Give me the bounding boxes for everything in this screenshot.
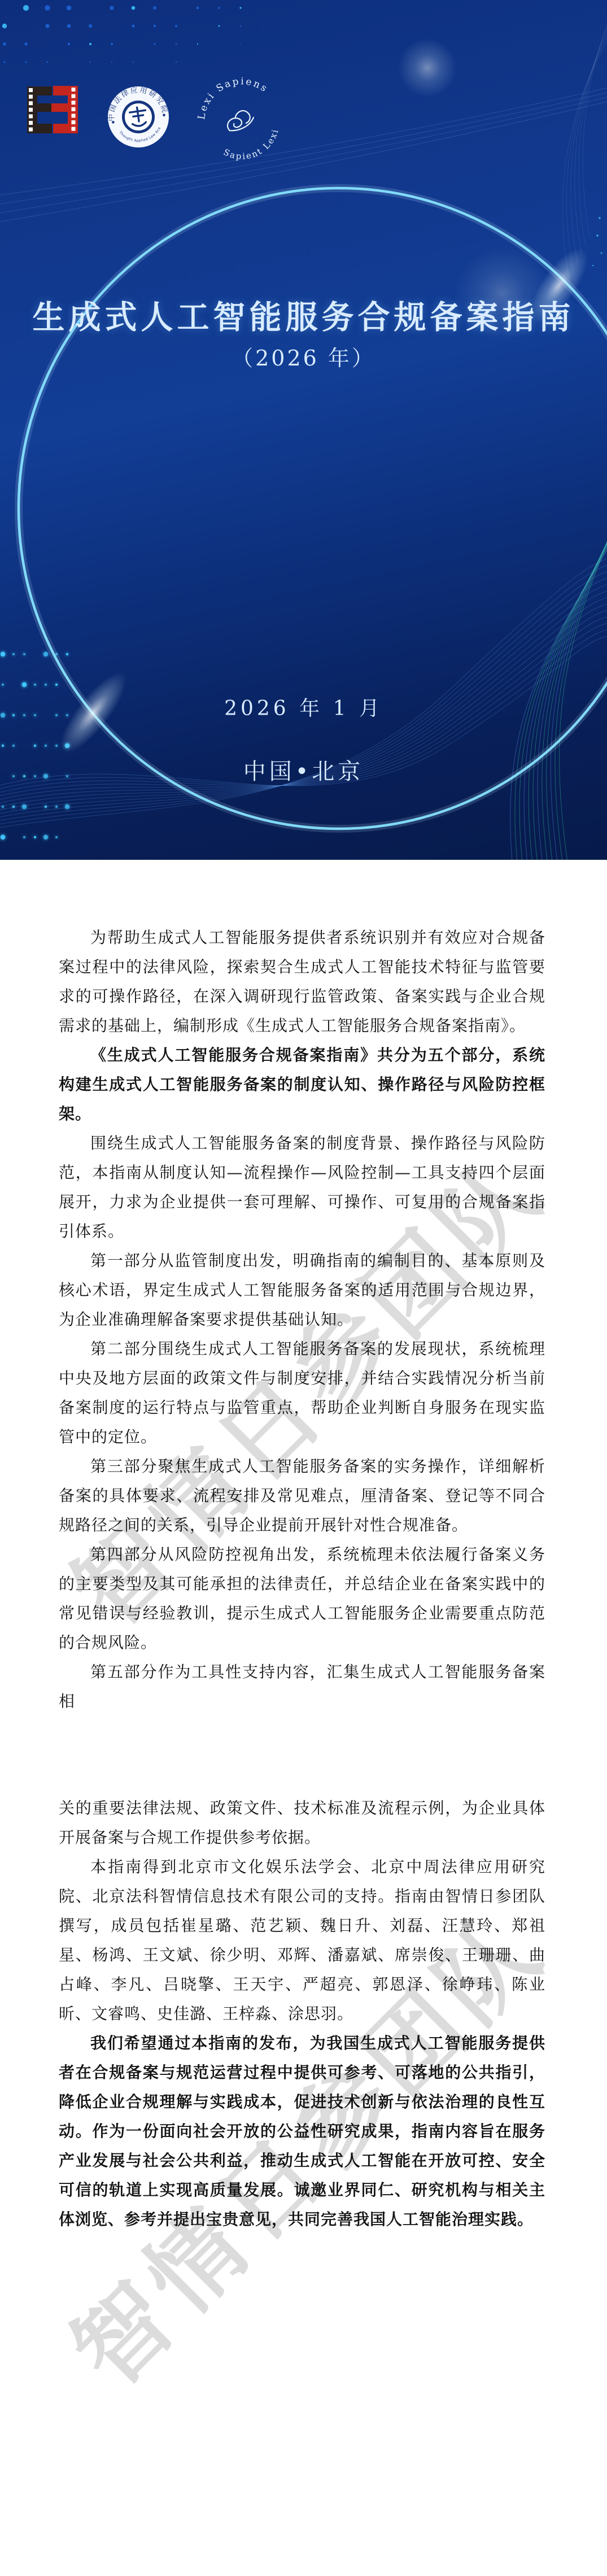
paragraph: 我们希望通过本指南的发布，为我国生成式人工智能服务提供者在合规备案与规范运营过程… <box>59 2029 545 2234</box>
document-canvas: 中国法律应用研究院 Solo-Thought Applied Law Acade… <box>0 0 607 2576</box>
swan-icon <box>224 107 255 133</box>
paragraph: 第五部分作为工具性支持内容，汇集生成式人工智能服务备案相 <box>59 1657 545 1716</box>
dot-grid-top-left <box>2 5 263 63</box>
cover-date: 2026 年 1 月 <box>0 693 607 721</box>
page-2-text: 为帮助生成式人工智能服务提供者系统识别并有效应对合规备案过程中的法律风险，探索契… <box>59 923 545 1716</box>
page-3-text: 关的重要法律法规、政策文件、技术标准及流程示例，为企业具体开展备案与合规工作提供… <box>59 1794 545 2234</box>
wave-lines-teal <box>510 485 607 860</box>
paragraph: 关的重要法律法规、政策文件、技术标准及流程示例，为企业具体开展备案与合规工作提供… <box>59 1794 545 1852</box>
cover-place: 中国•北京 <box>0 754 607 786</box>
paragraph: 第三部分聚焦生成式人工智能服务备案的实务操作，详细解析备案的具体要求、流程安排及… <box>59 1452 545 1540</box>
academy-seal-logo: 中国法律应用研究院 Solo-Thought Applied Law Acade… <box>103 82 174 152</box>
cover-title: 生成式人工智能服务合规备案指南 <box>0 291 607 338</box>
paragraph: 为帮助生成式人工智能服务提供者系统识别并有效应对合规备案过程中的法律风险，探索契… <box>59 923 545 1041</box>
lexi-arc-text-top: Lexi Sapiens <box>186 63 273 124</box>
cover-decorations: 中国法律应用研究院 Solo-Thought Applied Law Acade… <box>0 0 607 860</box>
glow-blobs <box>50 38 599 762</box>
cover-page: 中国法律应用研究院 Solo-Thought Applied Law Acade… <box>0 0 607 860</box>
top-band-wave-lines <box>0 85 607 224</box>
paragraph: 围绕生成式人工智能服务备案的制度背景、操作路径与风险防范，本指南从制度认知—流程… <box>59 1129 545 1246</box>
svg-text:Lexi Sapiens: Lexi Sapiens <box>186 63 273 124</box>
paragraph: 本指南得到北京市文化娱乐法学会、北京中周法律应用研究院、北京法科智情信息技术有限… <box>59 1852 545 2029</box>
paragraph: 《生成式人工智能服务合规备案指南》共分为五个部分，系统构建生成式人工智能服务备案… <box>59 1041 545 1129</box>
wave-lines-blue <box>0 549 607 830</box>
paragraph: 第二部分围绕生成式人工智能服务备案的发展现状，系统梳理中央及地方层面的政策文件与… <box>59 1334 545 1452</box>
paragraph: 第一部分从监管制度出发，明确指南的编制目的、基本原则及核心术语，界定生成式人工智… <box>59 1246 545 1334</box>
dot-column-top-right <box>592 217 602 266</box>
fan-lines-top-right <box>562 15 607 282</box>
film-strip-logo <box>27 86 78 133</box>
cover-year-label: （2026 年） <box>0 341 607 372</box>
lexi-sapiens-logo: Lexi Sapiens Sapient Lexi <box>186 63 295 175</box>
paragraph: 第四部分从风险防控视角出发，系统梳理未依法履行备案义务的主要类型及其可能承担的法… <box>59 1540 545 1657</box>
